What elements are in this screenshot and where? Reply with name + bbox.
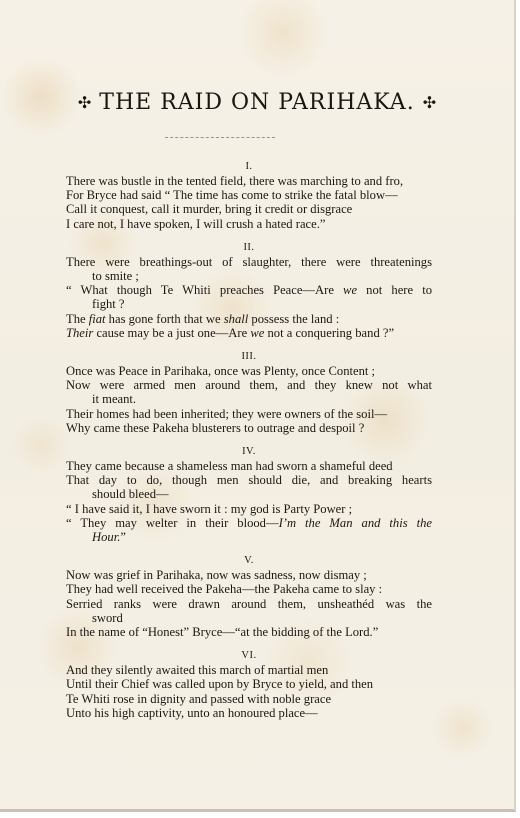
page-title: THE RAID ON PARIHAKA. [99, 90, 414, 115]
title-divider [165, 137, 275, 138]
stanza: III.Once was Peace in Parihaka, once was… [66, 350, 432, 435]
verse-line: Te Whiti rose in dignity and passed with… [66, 692, 432, 706]
stanza-numeral: IV. [66, 445, 432, 458]
verse-line: There was bustle in the tented field, th… [66, 174, 432, 188]
poem-body: I.There was bustle in the tented field, … [66, 160, 432, 730]
verse-line: Unto his high captivity, unto an honoure… [66, 706, 432, 720]
verse-line: Why came these Pakeha blusterers to outr… [66, 421, 432, 435]
verse-line: In the name of “Honest” Bryce—“at the bi… [66, 625, 432, 639]
verse-line-continuation: to smite ; [66, 269, 432, 283]
stanza: V.Now was grief in Parihaka, now was sad… [66, 554, 432, 639]
verse-line: Now was grief in Parihaka, now was sadne… [66, 568, 432, 582]
stanza: I.There was bustle in the tented field, … [66, 160, 432, 231]
verse-line: Now were armed men around them, and they… [66, 378, 432, 406]
verse-line-main: That day to do, though men should die, a… [66, 473, 432, 487]
verse-line: Serried ranks were drawn around them, un… [66, 597, 432, 625]
fleuron-right-icon: ✣ [423, 93, 436, 113]
verse-line: That day to do, though men should die, a… [66, 473, 432, 501]
verse-line-main: Serried ranks were drawn around them, un… [66, 597, 432, 611]
stanza: IV.They came because a shameless man had… [66, 445, 432, 544]
verse-line-continuation: should bleed— [66, 487, 432, 501]
verse-line: The fiat has gone forth that we shall po… [66, 312, 432, 326]
fleuron-left-icon: ✣ [78, 93, 91, 113]
verse-line: Once was Peace in Parihaka, once was Ple… [66, 364, 432, 378]
verse-line: Until their Chief was called upon by Bry… [66, 677, 432, 691]
verse-line-main: There were breathings-out of slaughter, … [66, 255, 432, 269]
stanza-numeral: VI. [66, 649, 432, 662]
verse-line-main: “ They may welter in their blood—I’m the… [66, 516, 432, 530]
stanza-numeral: I. [66, 160, 432, 173]
verse-line-continuation: sword [66, 611, 432, 625]
verse-line: They had well received the Pakeha—the Pa… [66, 582, 432, 596]
stanza: VI.And they silently awaited this march … [66, 649, 432, 720]
verse-line: Their homes had been inherited; they wer… [66, 407, 432, 421]
verse-line: For Bryce had said “ The time has come t… [66, 188, 432, 202]
title-row: ✣ THE RAID ON PARIHAKA. ✣ [0, 90, 514, 115]
stanza-numeral: III. [66, 350, 432, 363]
verse-line-main: “ What though Te Whiti preaches Peace—Ar… [66, 283, 432, 297]
stanza: II.There were breathings-out of slaughte… [66, 241, 432, 340]
verse-line-continuation: it meant. [66, 392, 432, 406]
verse-line-continuation: Hour.” [66, 530, 432, 544]
verse-line: They came because a shameless man had sw… [66, 459, 432, 473]
verse-line: “ They may welter in their blood—I’m the… [66, 516, 432, 544]
verse-line: There were breathings-out of slaughter, … [66, 255, 432, 283]
stanza-numeral: II. [66, 241, 432, 254]
verse-line: Their cause may be a just one—Are we not… [66, 326, 432, 340]
verse-line: I care not, I have spoken, I will crush … [66, 217, 432, 231]
verse-line-main: Now were armed men around them, and they… [66, 378, 432, 392]
verse-line: “ What though Te Whiti preaches Peace—Ar… [66, 283, 432, 311]
stanza-numeral: V. [66, 554, 432, 567]
verse-line: And they silently awaited this march of … [66, 663, 432, 677]
verse-line-continuation: fight ? [66, 297, 432, 311]
verse-line: “ I have said it, I have sworn it : my g… [66, 502, 432, 516]
verse-line: Call it conquest, call it murder, bring … [66, 202, 432, 216]
document-page: ✣ THE RAID ON PARIHAKA. ✣ I.There was bu… [0, 0, 516, 812]
